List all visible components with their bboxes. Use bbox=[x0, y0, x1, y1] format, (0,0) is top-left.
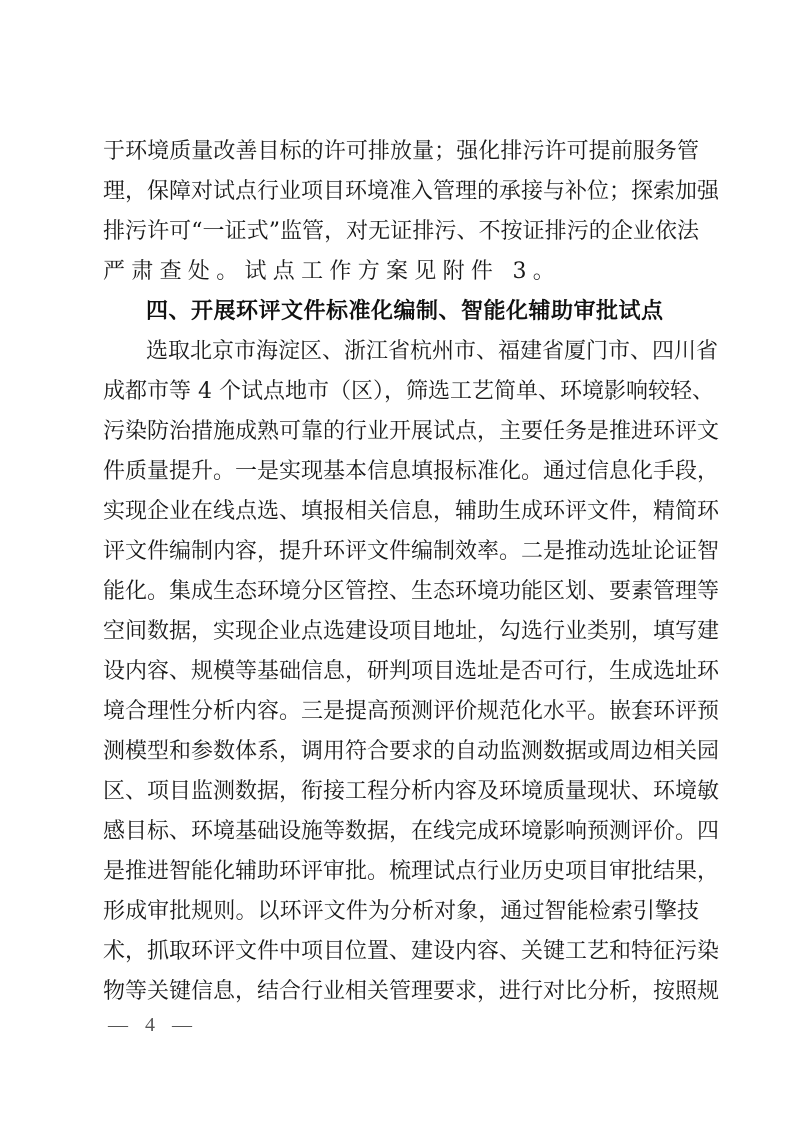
paragraph-line: 于环境质量改善目标的许可排放量；强化排污许可提前服务管 bbox=[103, 132, 699, 172]
paragraph-line: 形成审批规则。以环评文件为分析对象，通过智能检索引擎技 bbox=[103, 892, 699, 932]
paragraph-line: 术，抓取环评文件中项目位置、建设内容、关键工艺和特征污染 bbox=[103, 932, 699, 972]
paragraph-line: 物等关键信息，结合行业相关管理要求，进行对比分析，按照规 bbox=[103, 972, 699, 1012]
document-page: 于环境质量改善目标的许可排放量；强化排污许可提前服务管 理，保障对试点行业项目环… bbox=[0, 0, 800, 1140]
section-heading: 四、开展环评文件标准化编制、智能化辅助审批试点 bbox=[146, 292, 664, 332]
paragraph-line: 能化。集成生态环境分区管控、生态环境功能区划、要素管理等 bbox=[103, 572, 699, 612]
paragraph-line: 感目标、环境基础设施等数据，在线完成环境影响预测评价。四 bbox=[103, 812, 699, 852]
paragraph-line: 测模型和参数体系，调用符合要求的自动监测数据或周边相关园 bbox=[103, 732, 699, 772]
paragraph-line: 严肃查处。试点工作方案见附件 3。 bbox=[103, 252, 699, 292]
paragraph-line: 排污许可“一证式”监管，对无证排污、不按证排污的企业依法 bbox=[103, 212, 699, 252]
paragraph-line: 空间数据，实现企业点选建设项目地址，勾选行业类别，填写建 bbox=[103, 612, 699, 652]
paragraph-line: 选取北京市海淀区、浙江省杭州市、福建省厦门市、四川省 bbox=[146, 332, 699, 372]
paragraph-line: 污染防治措施成熟可靠的行业开展试点，主要任务是推进环评文 bbox=[103, 412, 699, 452]
paragraph-line: 评文件编制内容，提升环评文件编制效率。二是推动选址论证智 bbox=[103, 532, 699, 572]
paragraph-line: 件质量提升。一是实现基本信息填报标准化。通过信息化手段， bbox=[103, 452, 699, 492]
paragraph-line: 设内容、规模等基础信息，研判项目选址是否可行，生成选址环 bbox=[103, 652, 699, 692]
paragraph-line: 实现企业在线点选、填报相关信息，辅助生成环评文件，精简环 bbox=[103, 492, 699, 532]
paragraph-line: 区、项目监测数据，衔接工程分析内容及环境质量现状、环境敏 bbox=[103, 772, 699, 812]
paragraph-line: 是推进智能化辅助环评审批。梳理试点行业历史项目审批结果， bbox=[103, 852, 699, 892]
paragraph-line: 理，保障对试点行业项目环境准入管理的承接与补位；探索加强 bbox=[103, 172, 699, 212]
page-number: — 4 — bbox=[108, 1014, 198, 1037]
paragraph-line: 境合理性分析内容。三是提高预测评价规范化水平。嵌套环评预 bbox=[103, 692, 699, 732]
paragraph-line: 成都市等 4 个试点地市（区），筛选工艺简单、环境影响较轻、 bbox=[103, 372, 699, 412]
